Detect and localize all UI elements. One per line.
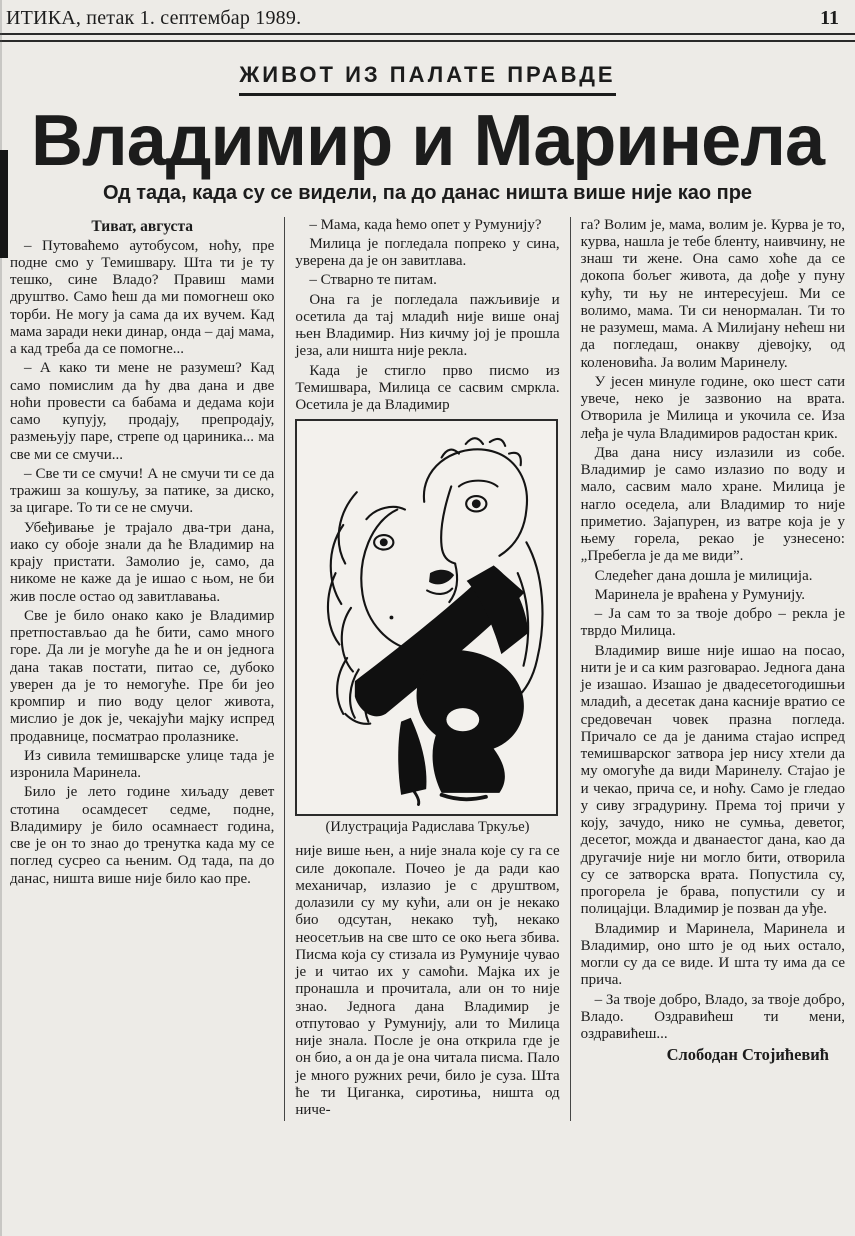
newspaper-name-date: ИТИКА, петак 1. септембар 1989. [6,7,301,30]
column-2-paragraphs-before-figure: – Мама, када ћемо опет у Румунију?Милица… [295,217,559,415]
dateline: Тиват, августа [10,218,274,236]
article-paragraph: – Све ти се смучи! А не смучи ти се да т… [10,466,274,518]
column-2: – Мама, када ћемо опет у Румунију?Милица… [284,217,559,1122]
article-paragraph: Следећег дана дошла је милиција. [581,568,845,585]
article-paragraph: – А како ти мене не разумеш? Кад само по… [10,360,274,464]
article-paragraph: Она га је погледала пажљивије и осетила … [295,292,559,361]
article-paragraph: У јесен минуле године, око шест сати уве… [581,374,845,443]
lovers-kiss-ink-drawing [297,421,555,814]
kicker-row: ЖИВОТ ИЗ ПАЛАТЕ ПРАВДЕ [0,62,855,96]
column-2-paragraphs-after-figure: није више њен, а није знала које су га с… [295,843,559,1119]
article-paragraph: Било је лето године хиљаду девет стотина… [10,784,274,888]
column-3: га? Волим је, мама, волим је. Курва је т… [570,217,845,1122]
article-paragraph: Два дана нису излазили из собе. Владимир… [581,445,845,566]
author-byline: Слободан Стојићевић [581,1045,845,1065]
article-paragraph: Маринела је враћена у Румунију. [581,587,845,604]
column-1: Тиват, августа – Путоваћемо аутобусом, н… [10,217,274,1122]
column-1-paragraphs: – Путоваћемо аутобусом, ноћу, пре подне … [10,238,274,888]
scan-ink-artifact [0,150,8,258]
article-paragraph: Убеђивање је трајало два-три дана, иако … [10,520,274,606]
page-number: 11 [820,7,839,30]
article-paragraph: – За твоје добро, Владо, за твоје добро,… [581,992,845,1044]
column-3-paragraphs: У јесен минуле године, око шест сати уве… [581,374,845,1044]
article-paragraph: није више њен, а није знала које су га с… [295,843,559,1119]
article-kicker: ЖИВОТ ИЗ ПАЛАТЕ ПРАВДЕ [239,62,615,96]
article-paragraph: – Путоваћемо аутобусом, ноћу, пре подне … [10,238,274,359]
masthead-rule [0,33,855,42]
column-3-continuation: га? Волим је, мама, волим је. Курва је т… [581,217,845,372]
figure-caption: (Илустрација Радислава Тркуље) [295,819,559,836]
article-paragraph: Из сивила темишварске улице тада је изро… [10,748,274,783]
article-deck: Од тада, када су се видели, па до данас … [0,182,855,205]
article-illustration [295,419,557,816]
article-paragraph: Када је стигло прво писмо из Темишвара, … [295,363,559,415]
masthead: ИТИКА, петак 1. септембар 1989. 11 [0,0,855,33]
article-paragraph: Све је било онако како је Владимир претп… [10,608,274,746]
article-paragraph: – Ја сам то за твоје добро – рекла је тв… [581,606,845,641]
article-paragraph: Владимир више није ишао на посао, нити ј… [581,643,845,919]
article-paragraph: – Мама, када ћемо опет у Румунију? [295,217,559,234]
article-headline: Владимир и Маринела [0,104,855,180]
article-paragraph: – Стварно те питам. [295,272,559,289]
article-paragraph: Милица је погледала попреко у сина, увер… [295,236,559,271]
article-paragraph: га? Волим је, мама, волим је. Курва је т… [581,217,845,372]
article-body: Тиват, августа – Путоваћемо аутобусом, н… [0,217,855,1122]
article-paragraph: Владимир и Маринела, Маринела и Владимир… [581,921,845,990]
